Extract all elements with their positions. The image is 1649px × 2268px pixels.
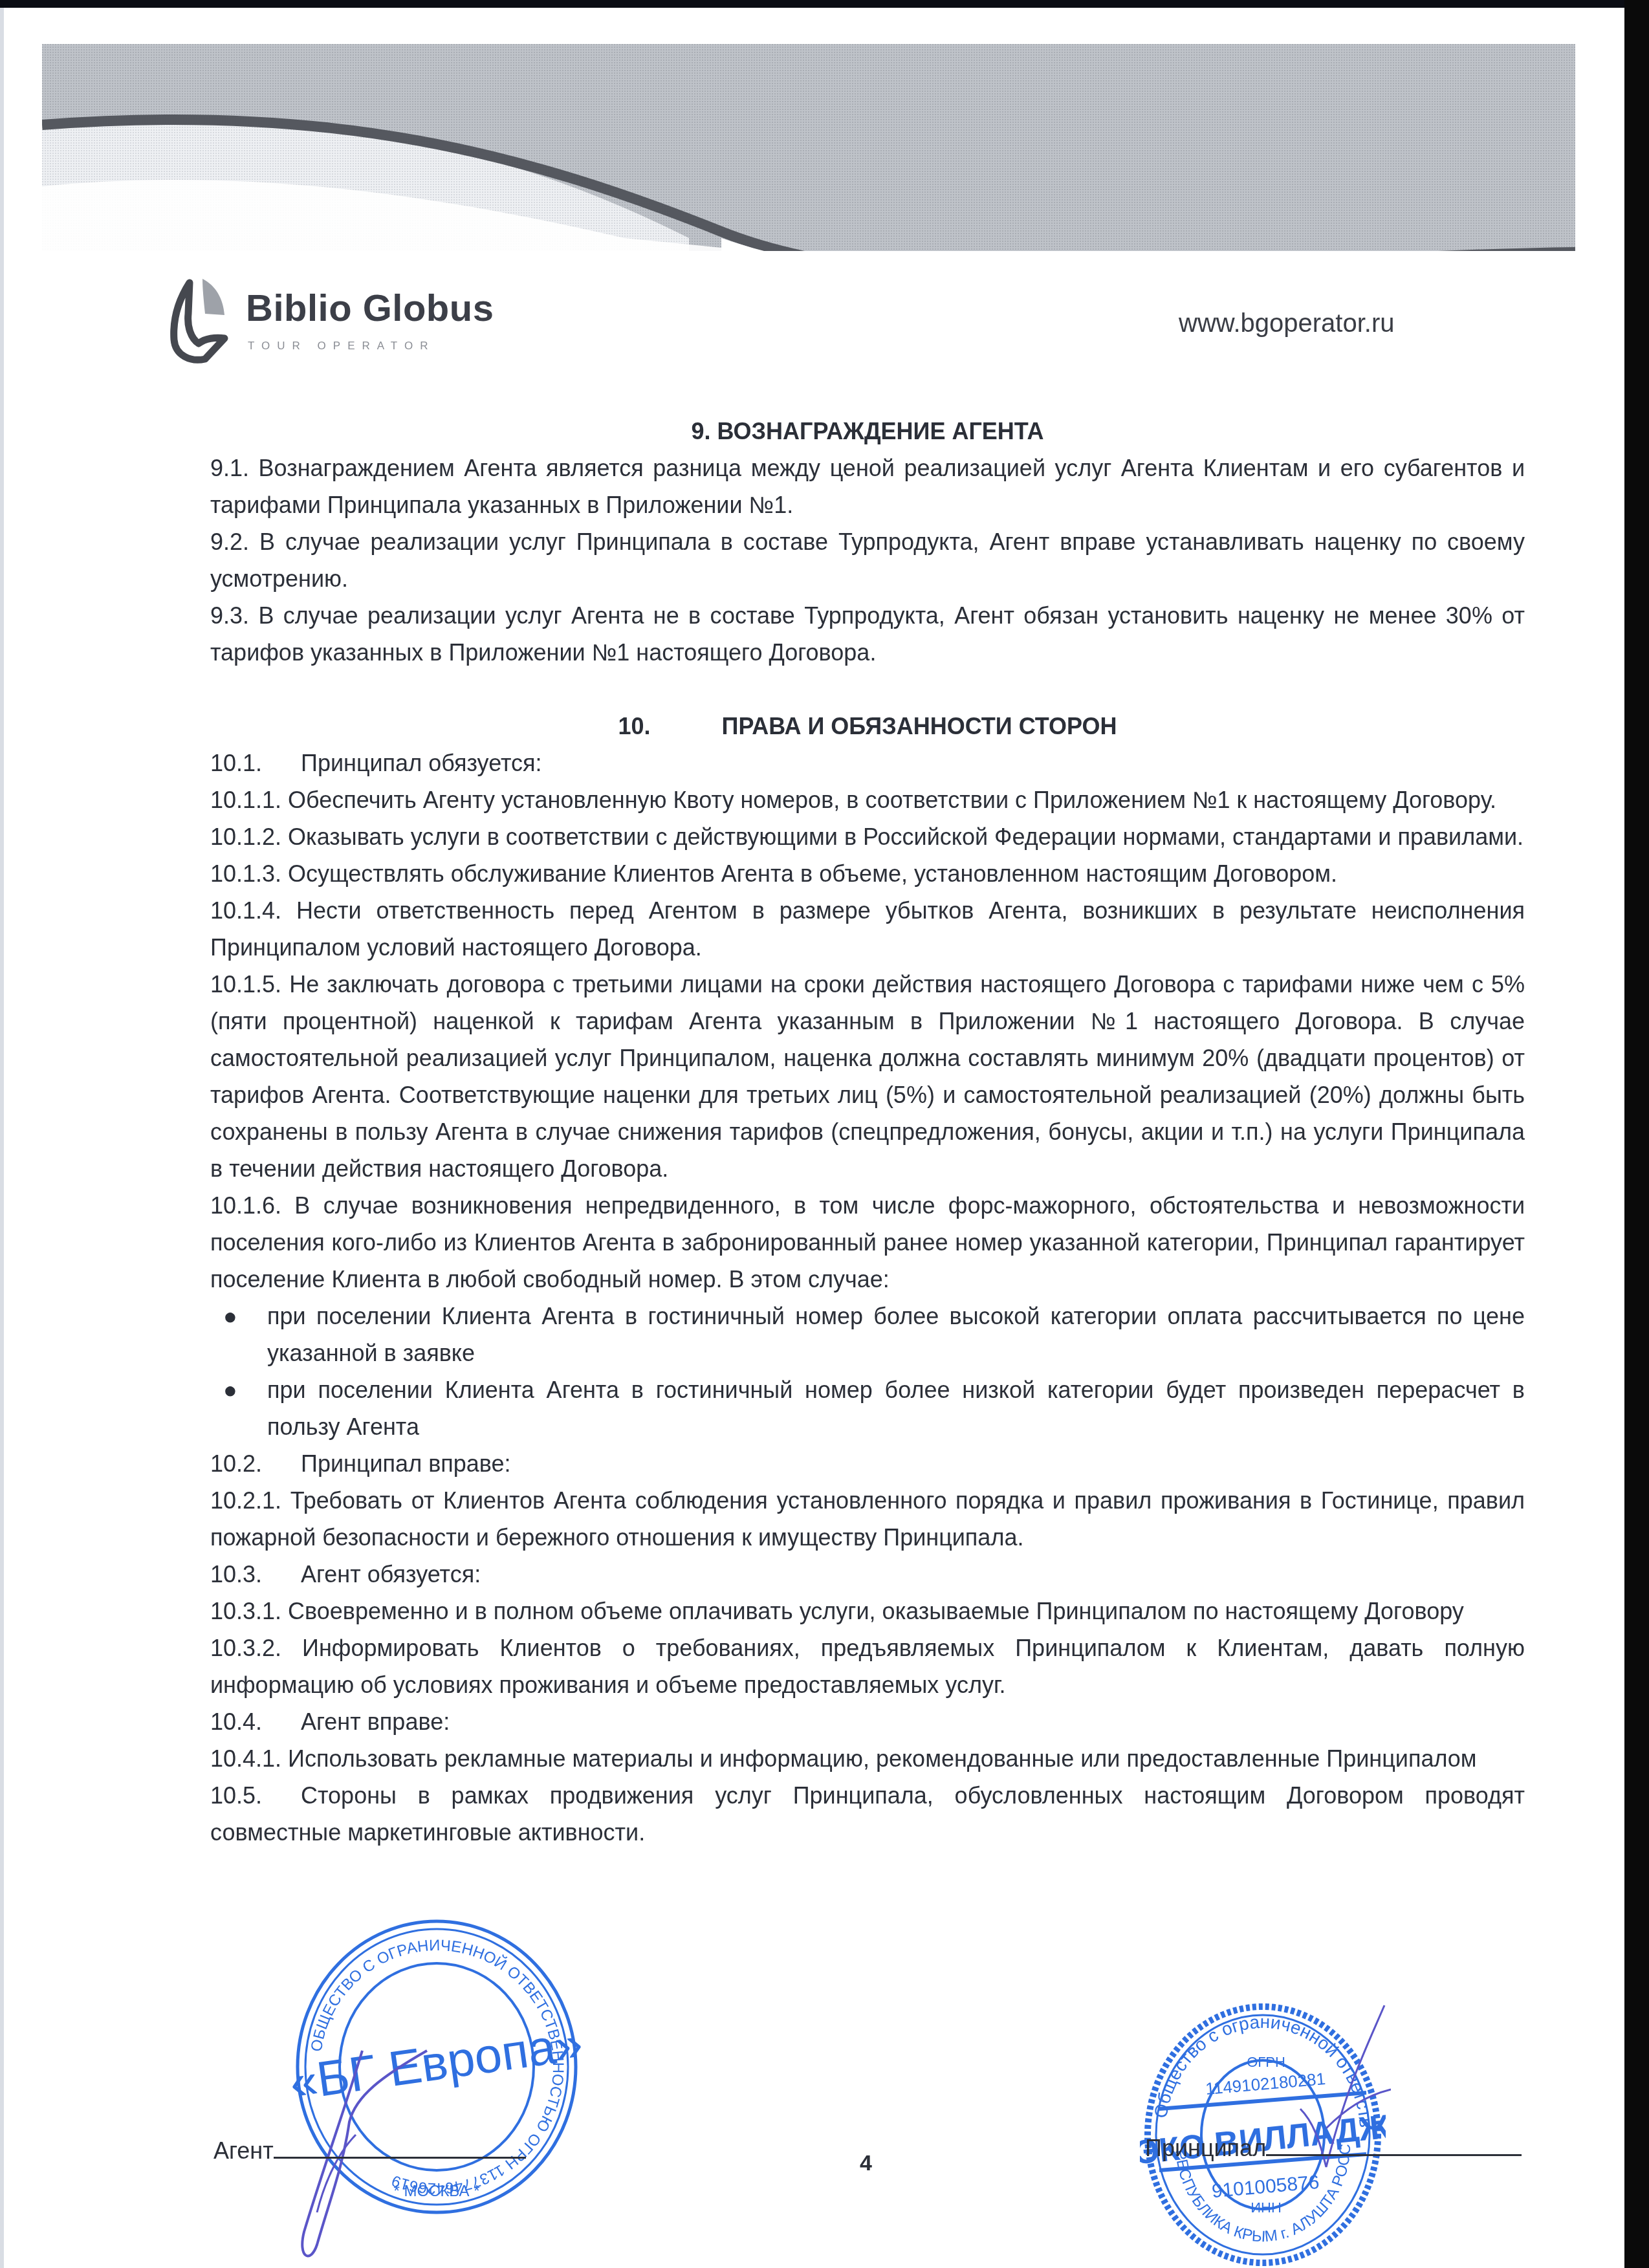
bullet-icon: ● [223,1298,237,1335]
bullet-icon: ● [223,1371,237,1408]
principal-stamp-ring-bottom: РЕСПУБЛИКА КРЫМ г. АЛУШТА РОССИЙСКАЯ ФЕД… [1140,1996,1354,2245]
list-item: ●при поселении Клиента Агента в гостинич… [210,1298,1525,1371]
principal-stamp-inn-label: ИНН [1250,2199,1282,2216]
section-10-heading: ПРАВА И ОБЯЗАННОСТИ СТОРОН [722,713,1117,739]
svg-text:Общество с ограниченной ответс: Общество с ограниченной ответственностью [1140,1996,1376,2128]
clause-10-5: 10.5.Стороны в рамках продвижения услуг … [210,1777,1525,1851]
principal-company-stamp: Общество с ограниченной ответственностью… [1140,1996,1386,2268]
agent-company-stamp: ОБЩЕСТВО С ОГРАНИЧЕННОЙ ОТВЕТСТВЕННОСТЬЮ… [285,1915,589,2219]
clause-9-1: 9.1. Вознаграждением Агента является раз… [210,450,1525,523]
clause-10-1-1: 10.1.1. Обеспечить Агенту установленную … [210,781,1525,818]
clause-10-2: 10.2.Принципал вправе: [210,1445,1525,1482]
section-10-number: 10. [618,708,651,745]
clause-10-1-3: 10.1.3. Осуществлять обслуживание Клиент… [210,855,1525,892]
scan-edge-top [0,0,1649,8]
clause-10-2-1: 10.2.1. Требовать от Клиентов Агента соб… [210,1482,1525,1556]
clause-10-1-2: 10.1.2. Оказывать услуги в соответствии … [210,818,1525,855]
document-body: 9. ВОЗНАГРАЖДЕНИЕ АГЕНТА 9.1. Вознагражд… [210,413,1525,1851]
agent-signature-field: Агент [213,2137,526,2164]
agent-stamp-name: «БГ Европа» [287,2016,586,2111]
principal-label: Принципал [1145,2135,1266,2161]
principal-stamp-ogrn: 1149102180281 [1205,2069,1326,2099]
clause-9-2: 9.2. В случае реализации услуг Принципал… [210,523,1525,597]
header-wave-banner [42,44,1575,251]
list-item: ●при поселении Клиента Агента в гостинич… [210,1371,1525,1445]
clause-10-1: 10.1.Принципал обязуется: [210,745,1525,781]
principal-signature [1249,1999,1391,2193]
clause-10-3: 10.3.Агент обязуется: [210,1556,1525,1593]
scan-edge-left [0,8,4,2268]
biblio-globus-logo-icon [165,275,236,365]
agent-label: Агент [213,2137,274,2164]
principal-stamp-ring-top: Общество с ограниченной ответственностью [1140,1996,1376,2128]
brand-name: Biblio Globus [246,287,494,330]
clause-10-4: 10.4.Агент вправе: [210,1703,1525,1740]
clause-10-4-1: 10.4.1. Использовать рекламные материалы… [210,1740,1525,1777]
agent-signature-line [274,2137,526,2159]
clause-10-1-5: 10.1.5. Не заключать договора с третьими… [210,966,1525,1187]
brand-tagline: TOUR OPERATOR [248,340,435,353]
principal-signature-line [1266,2135,1522,2156]
clause-10-1-4: 10.1.4. Нести ответственность перед Аген… [210,892,1525,966]
clause-10-1-6: 10.1.6. В случае возникновения непредвид… [210,1187,1525,1298]
page-number: 4 [860,2151,872,2176]
principal-signature-field: Принципал [1145,2135,1522,2162]
agent-stamp-city: * МОСКВА * [393,2183,479,2200]
svg-text:РЕСПУБЛИКА КРЫМ г. АЛУШТА РОСС: РЕСПУБЛИКА КРЫМ г. АЛУШТА РОССИЙСКАЯ ФЕД… [1140,1996,1354,2245]
clause-10-3-2: 10.3.2. Информировать Клиентов о требова… [210,1630,1525,1703]
section-9-title: 9. ВОЗНАГРАЖДЕНИЕ АГЕНТА [210,413,1525,450]
website-link[interactable]: www.bgoperator.ru [1179,309,1395,338]
clause-10-3-1: 10.3.1. Своевременно и в полном объеме о… [210,1593,1525,1630]
principal-stamp-inn: 9101005876 [1211,2172,1320,2202]
brand-logo: Biblio Globus TOUR OPERATOR [165,275,553,365]
scan-edge-right [1624,0,1649,2268]
section-10-title: 10.ПРАВА И ОБЯЗАННОСТИ СТОРОН [210,708,1525,745]
clause-10-1-6-bullets: ●при поселении Клиента Агента в гостинич… [210,1298,1525,1445]
principal-stamp-ogrn-label: ОГРН [1247,2054,1285,2070]
clause-9-3: 9.3. В случае реализации услуг Агента не… [210,597,1525,671]
